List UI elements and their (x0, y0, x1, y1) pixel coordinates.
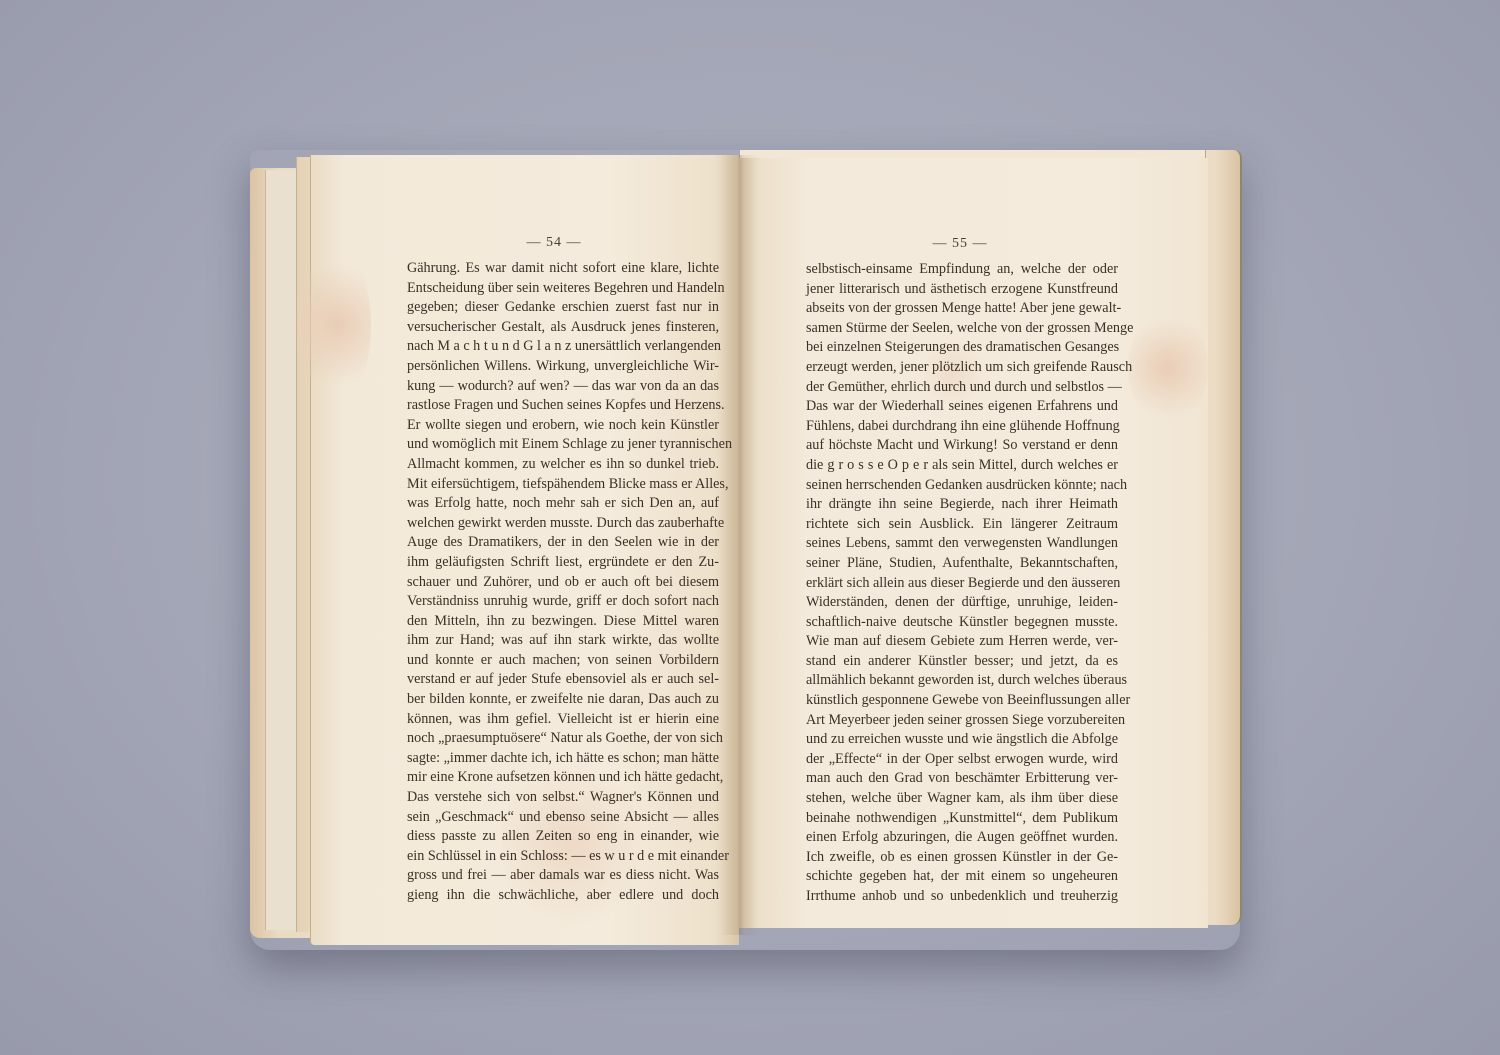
text-line: Verständniss unruhig wurde, griff er doc… (407, 592, 719, 612)
text-line: abseits von der grossen Menge hatte! Abe… (806, 299, 1118, 319)
text-line: ber bilden konnte, er zweifelte nie dara… (407, 690, 719, 710)
text-line: den Mitteln, ihn zu bezwingen. Diese Mit… (407, 612, 719, 632)
text-line: Art Meyerbeer jeden seiner grossen Siege… (806, 711, 1118, 731)
text-line: persönlichen Willens. Wirkung, unverglei… (407, 357, 719, 377)
text-line: Wie man auf diesem Gebiete zum Herren we… (806, 632, 1118, 652)
text-line: seines Lebens, sammt den verwegensten Wa… (806, 534, 1118, 554)
text-line: Mit eifersüchtigem, tiefspähendem Blicke… (407, 475, 719, 495)
text-line: einen Erfolg abzuringen, die Augen geöff… (806, 828, 1118, 848)
left-page: — 54 — Gährung. Es war damit nicht sofor… (310, 155, 739, 945)
text-line: versucherischer Gestalt, als Ausdruck je… (407, 318, 719, 338)
text-line: nach M a c h t u n d G l a n z unersättl… (407, 337, 719, 357)
text-line: sein „Geschmack“ und ebenso seine Absich… (407, 808, 719, 828)
text-line: verstand er auf jeder Stufe ebensoviel a… (407, 670, 719, 690)
text-line: selbstisch-einsame Empfindung an, welche… (806, 260, 1118, 280)
text-line: gegeben; dieser Gedanke erschien zuerst … (407, 298, 719, 318)
text-line: und womöglich mit Einem Schlage zu jener… (407, 435, 719, 455)
page-number-right: — 55 — (860, 236, 1060, 252)
text-line: welchen gewirkt werden musste. Durch das… (407, 514, 719, 534)
foxing-stain (1128, 308, 1208, 428)
text-line: beinahe nothwendigen „Kunstmittel“, dem … (806, 809, 1118, 829)
text-line: ihm geläufigsten Schrift liest, ergründe… (407, 553, 719, 573)
text-line: erklärt sich allein aus dieser Begierde … (806, 574, 1118, 594)
text-line: seiner Pläne, Studien, Aufenthalte, Beka… (806, 554, 1118, 574)
text-line: samen Stürme der Seelen, welche von der … (806, 319, 1118, 339)
text-line: schichte gegeben hat, der mit einem so u… (806, 867, 1118, 887)
text-line: jener litterarisch und ästhetisch erzoge… (806, 280, 1118, 300)
text-line: kung — wodurch? auf wen? — das war von d… (407, 377, 719, 397)
right-page: — 55 — selbstisch-einsame Empfindung an,… (738, 158, 1208, 928)
text-line: ein Schlüssel in ein Schloss: — es w u r… (407, 847, 719, 867)
book-spine-gutter (720, 155, 760, 935)
text-line: Auge des Dramatikers, der in den Seelen … (407, 533, 719, 553)
text-line: der „Effecte“ in der Oper selbst erwogen… (806, 750, 1118, 770)
text-line: erzeugt werden, jener plötzlich um sich … (806, 358, 1118, 378)
text-line: ihm zur Hand; was auf ihn stark wirkte, … (407, 631, 719, 651)
text-line: man auch den Grad von beschämter Erbitte… (806, 769, 1118, 789)
text-line: und konnte er auch machen; von seinen Vo… (407, 651, 719, 671)
text-line: mir eine Krone aufsetzen können und ich … (407, 768, 719, 788)
text-line: Widerständen, denen der dürftige, unruhi… (806, 593, 1118, 613)
text-line: diess passte zu allen Zeiten so eng in e… (407, 827, 719, 847)
text-line: Das war der Wiederhall seines eigenen Er… (806, 397, 1118, 417)
right-page-text: selbstisch-einsame Empfindung an, welche… (806, 260, 1118, 907)
text-line: auf höchste Macht und Wirkung! So versta… (806, 436, 1118, 456)
text-line: können, was ihm gefiel. Vielleicht ist e… (407, 710, 719, 730)
text-line: richtete sich sein Ausblick. Ein längere… (806, 515, 1118, 535)
text-line: Fühlens, dabei durchdrang ihn eine glühe… (806, 417, 1118, 437)
text-line: künstlich gesponnene Gewebe von Beeinflu… (806, 691, 1118, 711)
text-line: Gährung. Es war damit nicht sofort eine … (407, 259, 719, 279)
text-line: stand ein anderer Künstler besser; und j… (806, 652, 1118, 672)
text-line: was Erfolg hatte, noch mehr sah er sich … (407, 494, 719, 514)
text-line: rastlose Fragen und Suchen seines Kopfes… (407, 396, 719, 416)
text-line: Irrthume anhob und so unbedenklich und t… (806, 887, 1118, 907)
text-line: schauer und Zuhörer, und ob er auch oft … (407, 573, 719, 593)
page-number-left: — 54 — (454, 235, 654, 251)
foxing-stain (301, 245, 371, 405)
text-line: gross und frei — aber damals war es dies… (407, 866, 719, 886)
text-line: schaftlich-naive deutsche Künstler begeg… (806, 613, 1118, 633)
text-line: sagte: „immer dachte ich, ich hätte es s… (407, 749, 719, 769)
text-line: bei einzelnen Steigerungen des dramatisc… (806, 338, 1118, 358)
text-line: Er wollte siegen und erobern, wie noch k… (407, 416, 719, 436)
text-line: seinen herrschenden Gedanken ausdrücken … (806, 476, 1118, 496)
text-line: und zu erreichen wusste und wie ängstlic… (806, 730, 1118, 750)
text-line: allmählich bekannt geworden ist, durch w… (806, 671, 1118, 691)
text-line: ihr drängte ihn seine Begierde, nach ihr… (806, 495, 1118, 515)
text-line: Allmacht kommen, zu welcher es ihn so du… (407, 455, 719, 475)
text-line: Das verstehe sich von selbst.“ Wagner's … (407, 788, 719, 808)
text-line: gieng ihn die schwächliche, aber edlere … (407, 886, 719, 906)
text-line: die g r o s s e O p e r als sein Mittel,… (806, 456, 1118, 476)
text-line: der Gemüther, ehrlich durch und durch un… (806, 378, 1118, 398)
text-line: Ich zweifle, ob es einen grossen Künstle… (806, 848, 1118, 868)
left-page-text: Gährung. Es war damit nicht sofort eine … (407, 259, 719, 906)
text-line: Entscheidung über sein weiteres Begehren… (407, 279, 719, 299)
text-line: stehen, welche über Wagner kam, als ihm … (806, 789, 1118, 809)
text-line: noch „praesumptuösere“ Natur als Goethe,… (407, 729, 719, 749)
